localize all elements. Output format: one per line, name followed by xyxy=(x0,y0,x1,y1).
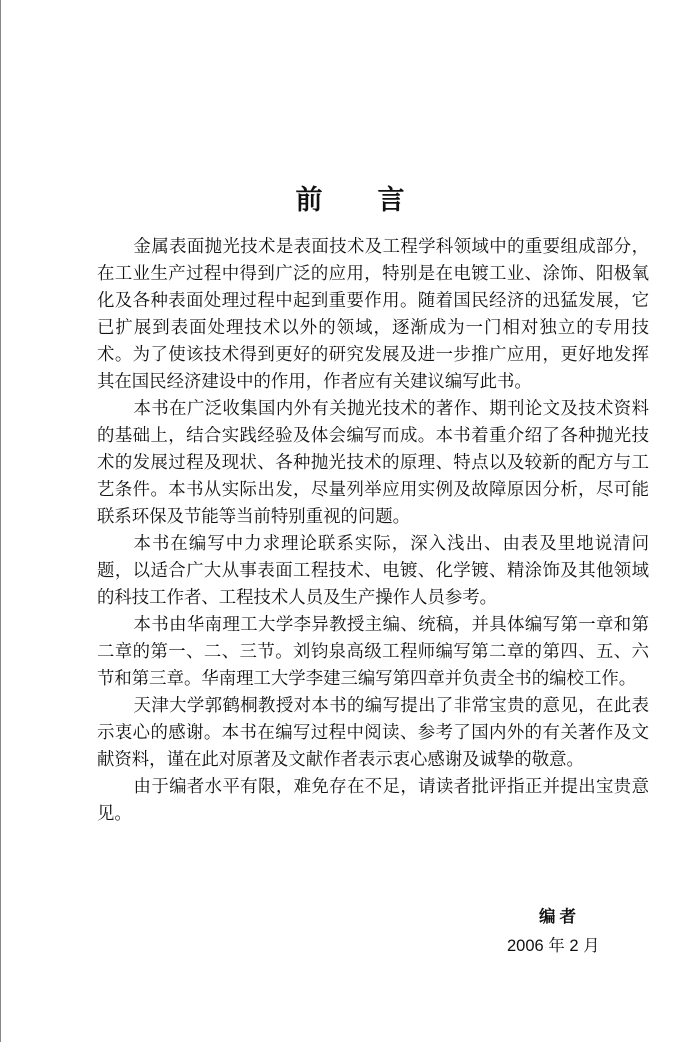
paragraph-6: 由于编者水平有限，难免存在不足，请读者批评指正并提出宝贵意见。 xyxy=(97,774,649,828)
paragraph-2: 本书在广泛收集国内外有关抛光技术的著作、期刊论文及技术资料的基础上，结合实践经验… xyxy=(97,396,649,531)
preface-body: 金属表面抛光技术是表面技术及工程学科领域中的重要组成部分，在工业生产过程中得到广… xyxy=(97,234,649,828)
page-title: 前言 xyxy=(0,178,700,217)
paragraph-3: 本书在编写中力求理论联系实际，深入浅出、由表及里地说清问题，以适合广大从事表面工… xyxy=(97,531,649,612)
paragraph-4: 本书由华南理工大学李异教授主编、统稿，并具体编写第一章和第二章的第一、二、三节。… xyxy=(97,612,649,693)
signature: 编者 xyxy=(539,903,700,927)
title-char-1: 前 xyxy=(296,178,323,217)
title-char-2: 言 xyxy=(378,178,405,217)
page-left-border xyxy=(0,0,1,1042)
date: 2006 年 2 月 xyxy=(507,932,700,956)
paragraph-5: 天津大学郭鹤桐教授对本书的编写提出了非常宝贵的意见，在此表示衷心的感谢。本书在编… xyxy=(97,693,649,774)
paragraph-1: 金属表面抛光技术是表面技术及工程学科领域中的重要组成部分，在工业生产过程中得到广… xyxy=(97,234,649,396)
